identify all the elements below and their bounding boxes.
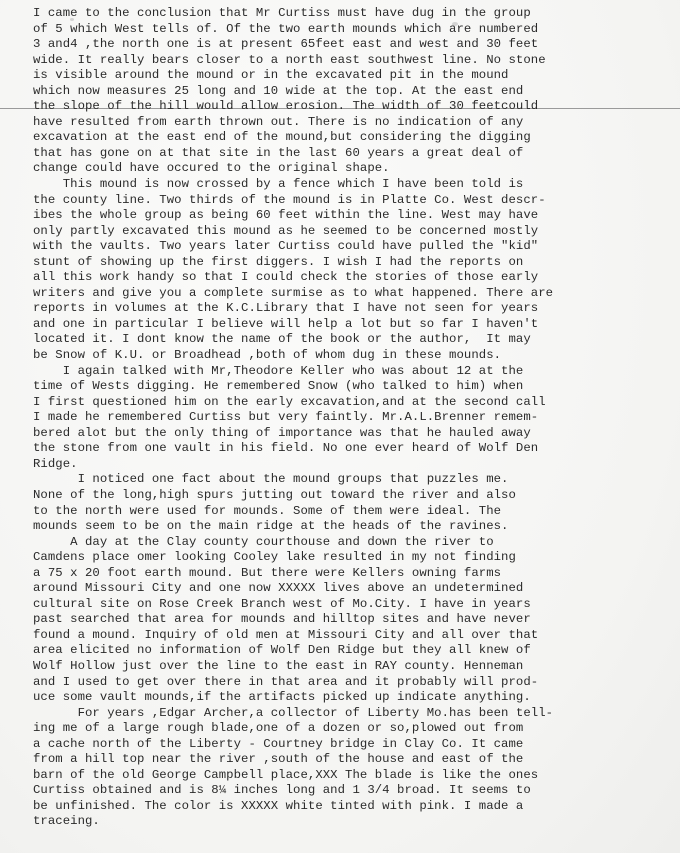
text-line: This mound is now crossed by a fence whi… bbox=[33, 177, 673, 193]
text-line: a 75 x 20 foot earth mound. But there we… bbox=[33, 566, 673, 582]
text-line: cultural site on Rose Creek Branch west … bbox=[33, 597, 673, 613]
text-line: traceing. bbox=[33, 814, 673, 830]
text-line: of 5 which West tells of. Of the two ear… bbox=[33, 22, 673, 38]
text-line: be Snow of K.U. or Broadhead ,both of wh… bbox=[33, 348, 673, 364]
text-line: reports in volumes at the K.C.Library th… bbox=[33, 301, 673, 317]
text-line: 3 and4 ,the north one is at present 65fe… bbox=[33, 37, 673, 53]
text-line: time of Wests digging. He remembered Sno… bbox=[33, 379, 673, 395]
text-line: to the north were used for mounds. Some … bbox=[33, 504, 673, 520]
text-line: with the vaults. Two years later Curtiss… bbox=[33, 239, 673, 255]
text-line: mounds seem to be on the main ridge at t… bbox=[33, 519, 673, 535]
text-line: and I used to get over there in that are… bbox=[33, 675, 673, 691]
text-line: For years ,Edgar Archer,a collector of L… bbox=[33, 706, 673, 722]
text-line: the slope of the hill would allow erosio… bbox=[33, 99, 673, 115]
text-line: Curtiss obtained and is 8¼ inches long a… bbox=[33, 783, 673, 799]
text-line: ibes the whole group as being 60 feet wi… bbox=[33, 208, 673, 224]
text-line: I made he remembered Curtiss but very fa… bbox=[33, 410, 673, 426]
text-line: None of the long,high spurs jutting out … bbox=[33, 488, 673, 504]
text-line: barn of the old George Campbell place,XX… bbox=[33, 768, 673, 784]
text-line: Wolf Hollow just over the line to the ea… bbox=[33, 659, 673, 675]
text-line: and one in particular I believe will hel… bbox=[33, 317, 673, 333]
text-line: is visible around the mound or in the ex… bbox=[33, 68, 673, 84]
text-line: past searched that area for mounds and h… bbox=[33, 612, 673, 628]
text-line: from a hill top near the river ,south of… bbox=[33, 752, 673, 768]
text-line: uce some vault mounds,if the artifacts p… bbox=[33, 690, 673, 706]
text-line: area elicited no information of Wolf Den… bbox=[33, 643, 673, 659]
text-line: that has gone on at that site in the las… bbox=[33, 146, 673, 162]
text-line: be unfinished. The color is XXXXX white … bbox=[33, 799, 673, 815]
text-line: I first questioned him on the early exca… bbox=[33, 395, 673, 411]
text-line: have resulted from earth thrown out. The… bbox=[33, 115, 673, 131]
text-line: a cache north of the Liberty - Courtney … bbox=[33, 737, 673, 753]
text-line: located it. I dont know the name of the … bbox=[33, 332, 673, 348]
text-line: bered alot but the only thing of importa… bbox=[33, 426, 673, 442]
typewritten-body: I came to the conclusion that Mr Curtiss… bbox=[33, 6, 673, 830]
text-line: around Missouri City and one now XXXXX l… bbox=[33, 581, 673, 597]
text-line: A day at the Clay county courthouse and … bbox=[33, 535, 673, 551]
text-line: only partly excavated this mound as he s… bbox=[33, 224, 673, 240]
text-line: all this work handy so that I could chec… bbox=[33, 270, 673, 286]
text-line: found a mound. Inquiry of old men at Mis… bbox=[33, 628, 673, 644]
text-line: ing me of a large rough blade,one of a d… bbox=[33, 721, 673, 737]
document-page: I came to the conclusion that Mr Curtiss… bbox=[0, 0, 680, 853]
text-line: which now measures 25 long and 10 wide a… bbox=[33, 84, 673, 100]
text-line: I noticed one fact about the mound group… bbox=[33, 472, 673, 488]
text-line: the stone from one vault in his field. N… bbox=[33, 441, 673, 457]
text-line: change could have occured to the origina… bbox=[33, 161, 673, 177]
text-line: writers and give you a complete surmise … bbox=[33, 286, 673, 302]
text-line: Camdens place omer looking Cooley lake r… bbox=[33, 550, 673, 566]
text-line: I again talked with Mr,Theodore Keller w… bbox=[33, 364, 673, 380]
text-line: Ridge. bbox=[33, 457, 673, 473]
text-line: the county line. Two thirds of the mound… bbox=[33, 193, 673, 209]
text-line: wide. It really bears closer to a north … bbox=[33, 53, 673, 69]
text-line: excavation at the east end of the mound,… bbox=[33, 130, 673, 146]
text-line: I came to the conclusion that Mr Curtiss… bbox=[33, 6, 673, 22]
text-line: stunt of showing up the first diggers. I… bbox=[33, 255, 673, 271]
